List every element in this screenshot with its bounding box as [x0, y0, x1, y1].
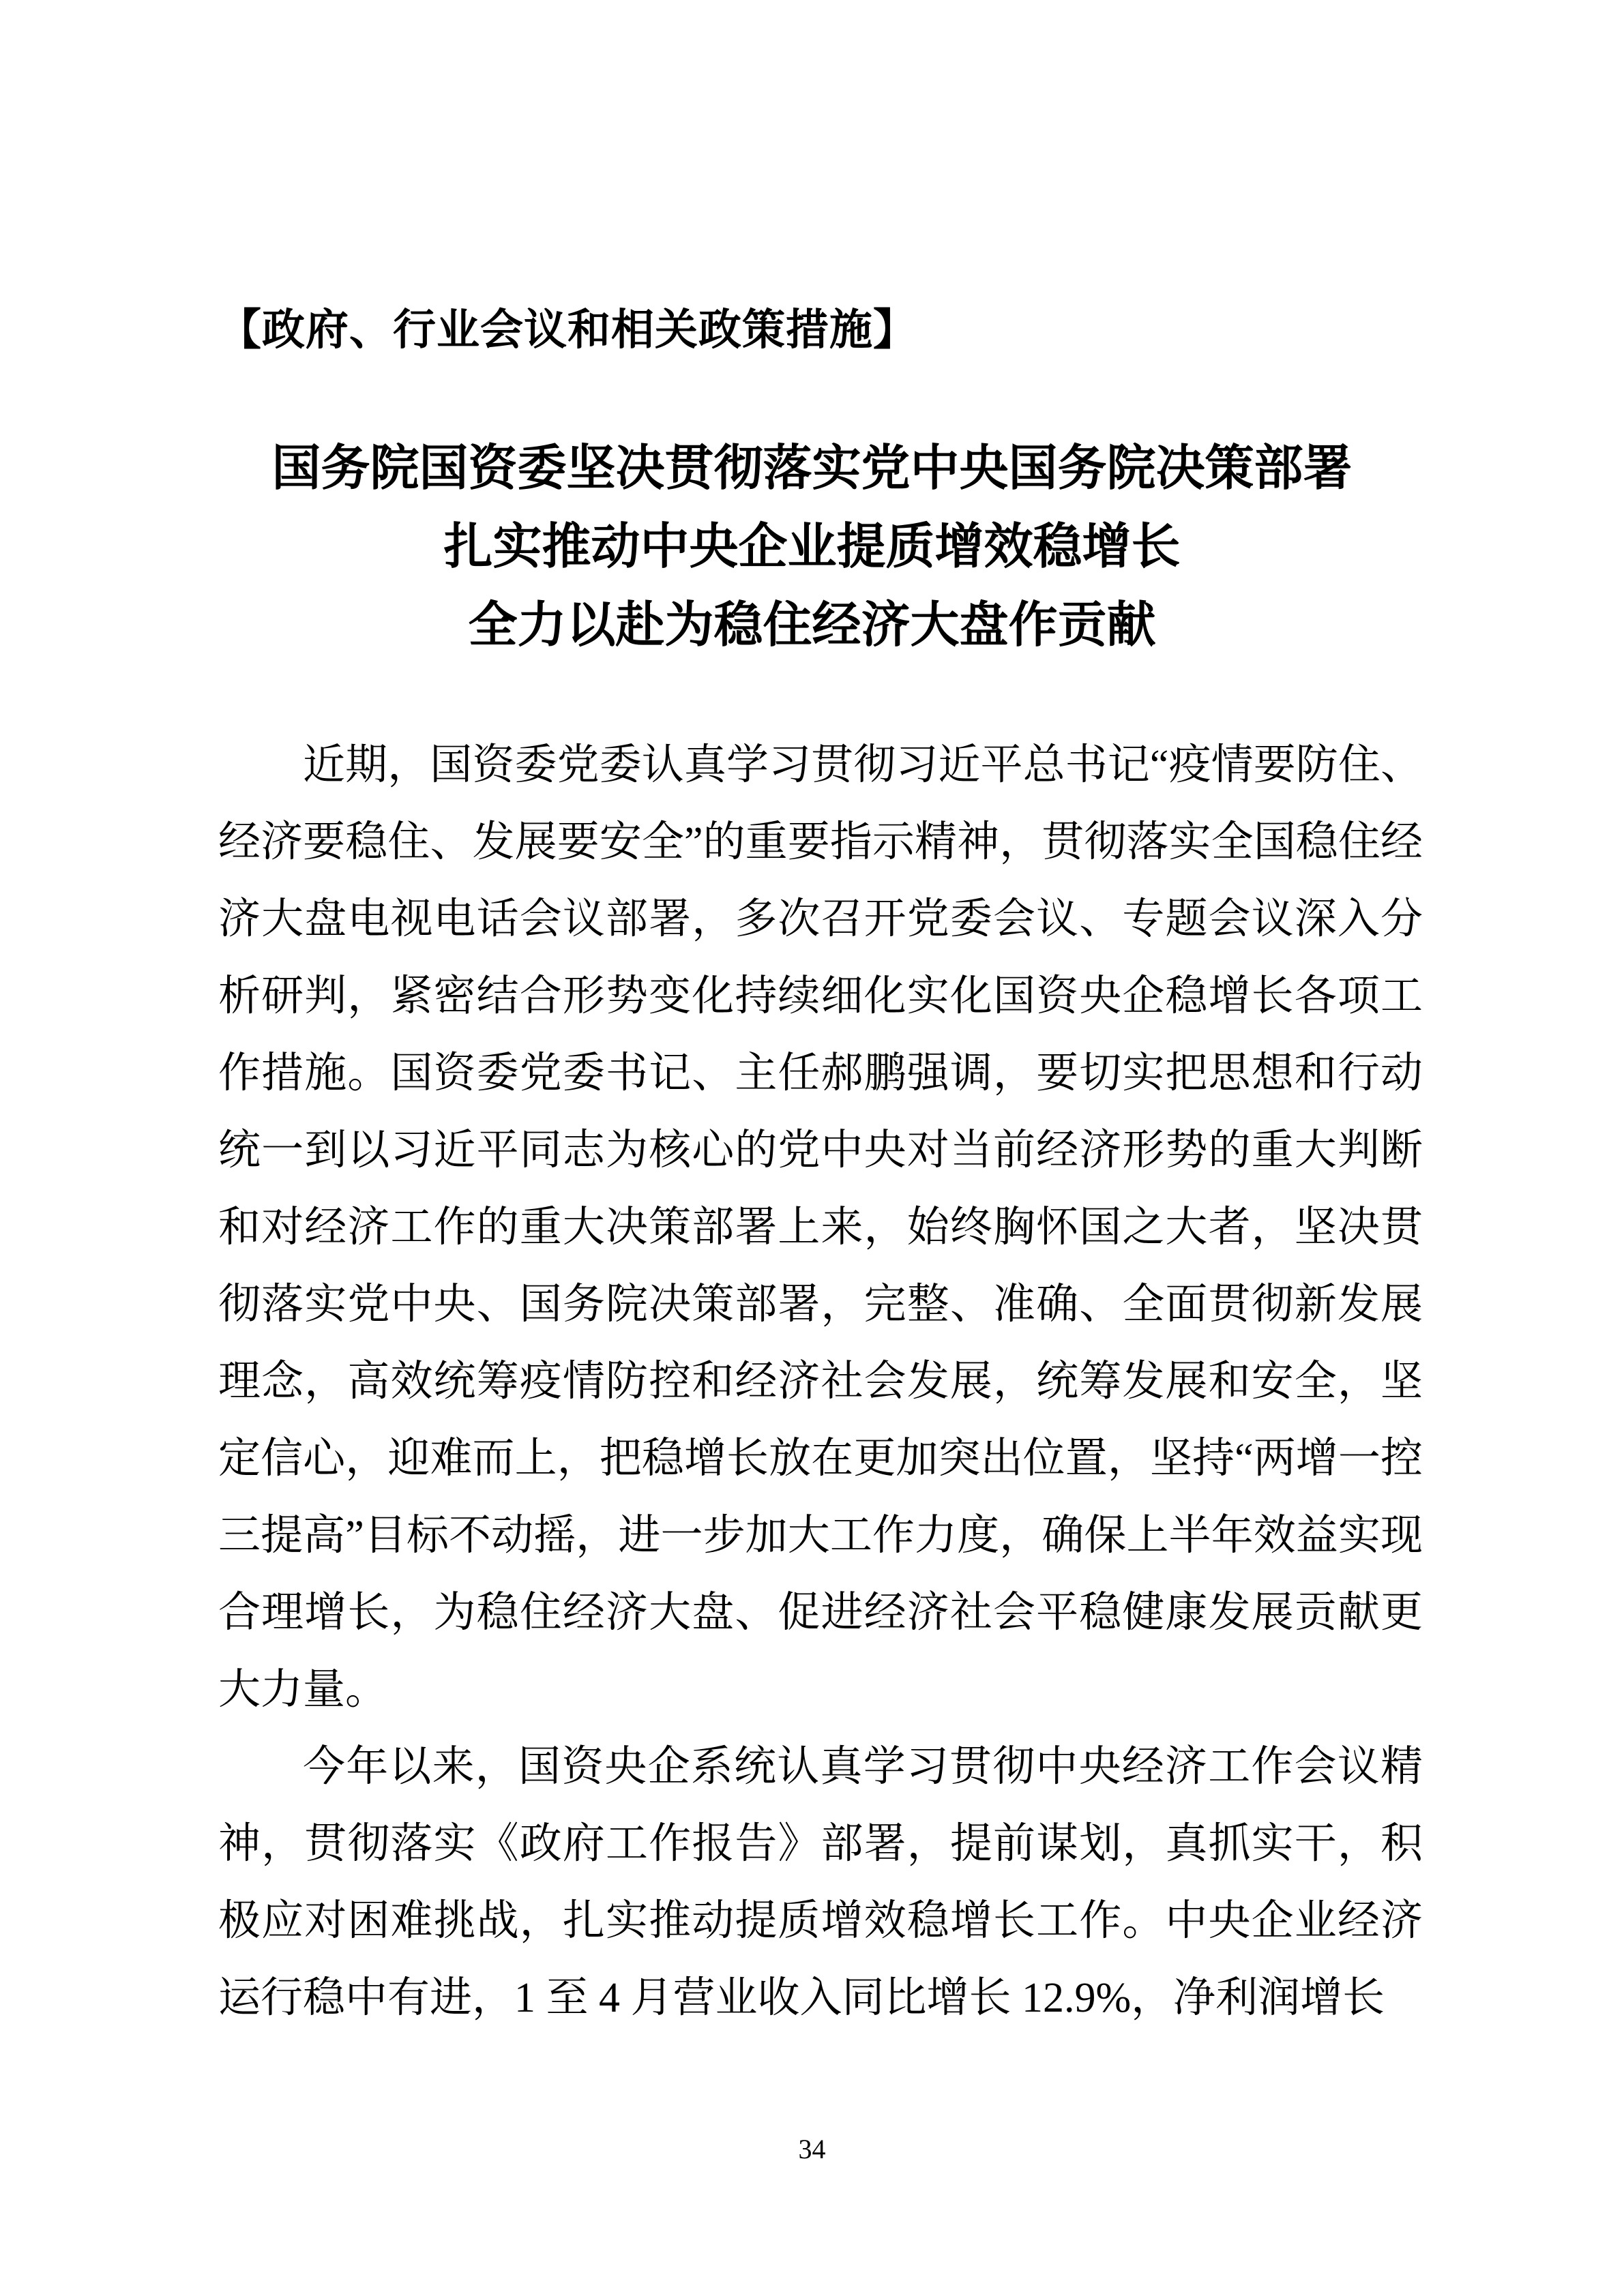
paragraph-2: 今年以来，国资央企系统认真学习贯彻中央经济工作会议精神，贯彻落实《政府工作报告》… [218, 1729, 1423, 2037]
document-title: 国务院国资委坚决贯彻落实党中央国务院决策部署 扎实推动中央企业提质增效稳增长 全… [130, 430, 1494, 665]
title-line-2: 扎实推动中央企业提质增效稳增长 [130, 508, 1494, 586]
body-text: 近期，国资委党委认真学习贯彻习近平总书记“疫情要防住、经济要稳住、发展要安全”的… [218, 727, 1423, 2037]
page-number: 34 [0, 2133, 1624, 2166]
section-header: 【政府、行业会议和相关政策措施】 [218, 305, 917, 355]
document-page: 【政府、行业会议和相关政策措施】 国务院国资委坚决贯彻落实党中央国务院决策部署 … [0, 0, 1624, 2296]
paragraph-1: 近期，国资委党委认真学习贯彻习近平总书记“疫情要防住、经济要稳住、发展要安全”的… [218, 727, 1423, 1729]
title-line-1: 国务院国资委坚决贯彻落实党中央国务院决策部署 [130, 430, 1494, 508]
title-line-3: 全力以赴为稳住经济大盘作贡献 [130, 586, 1494, 665]
